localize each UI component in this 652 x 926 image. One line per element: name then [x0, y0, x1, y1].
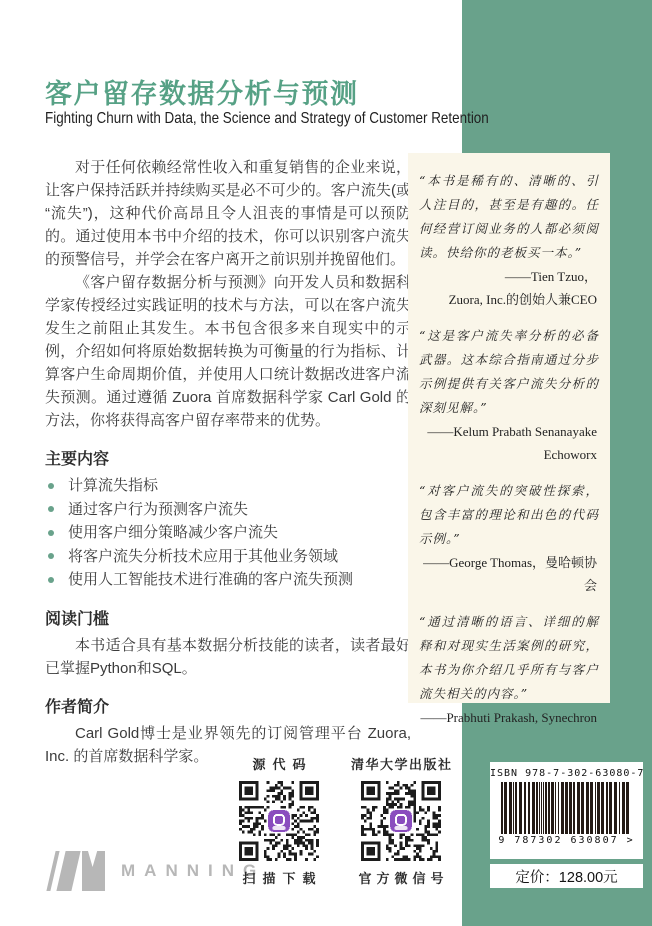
prerequisites-text: 本书适合具有基本数据分析技能的读者，读者最好已掌握Python和SQL。	[45, 634, 411, 680]
qr-wechat-top-label: 清华大学出版社	[349, 754, 455, 773]
qr-source-code-block: 源代码 扫描下载	[227, 754, 331, 887]
testimonial: “通过清晰的语言、详细的解释和对现实生活案例的研究，本书为你介绍几乎所有与客户流…	[419, 610, 599, 729]
qr-wechat-bottom-label: 官方微信号	[349, 868, 458, 887]
testimonial-quote: “通过清晰的语言、详细的解释和对现实生活案例的研究，本书为你介绍几乎所有与客户流…	[419, 610, 599, 706]
price-label: 定价：128.00元	[515, 866, 617, 887]
page-title: 客户留存数据分析与预测	[45, 72, 359, 111]
section-heading-prerequisites: 阅读门槛	[45, 606, 411, 629]
page-subtitle: Fighting Churn with Data, the Science an…	[45, 110, 489, 128]
testimonial-attribution: Zuora, Inc.的创始人兼CEO	[419, 288, 599, 311]
testimonial-attribution: ——Kelum Prabath Senanayake	[419, 420, 599, 443]
isbn-label: ISBN 978-7-302-63080-7	[490, 768, 643, 779]
bullet-item: 将客户流失分析技术应用于其他业务领域	[45, 545, 411, 569]
testimonial-quote: “本书是稀有的、清晰的、引人注目的，甚至是有趣的。任何经营订阅业务的人都必须阅读…	[419, 169, 599, 265]
qr-source-code-bottom-label: 扫描下载	[227, 868, 338, 887]
highlights-list: 计算流失指标 通过客户行为预测客户流失 使用客户细分策略减少客户流失 将客户流失…	[45, 474, 411, 592]
testimonials-panel: “本书是稀有的、清晰的、引人注目的，甚至是有趣的。任何经营订阅业务的人都必须阅读…	[408, 153, 610, 703]
bullet-item-label: 计算流失指标	[68, 474, 158, 498]
testimonial: “这是客户流失率分析的必备武器。这本综合指南通过分步示例提供有关客户流失分析的深…	[419, 324, 599, 466]
qr-wechat-icon	[361, 781, 441, 861]
bullet-item-label: 使用客户细分策略减少客户流失	[68, 521, 278, 545]
bullet-item: 使用人工智能技术进行准确的客户流失预测	[45, 568, 411, 592]
bullet-item-label: 通过客户行为预测客户流失	[68, 498, 248, 522]
bullet-dot-icon	[48, 553, 54, 559]
manning-mark-icon	[48, 851, 106, 891]
bullet-dot-icon	[48, 483, 54, 489]
testimonial-attributions: ——Kelum Prabath SenanayakeEchoworx	[419, 420, 599, 466]
bullet-item-label: 使用人工智能技术进行准确的客户流失预测	[68, 568, 353, 592]
section-heading-author: 作者简介	[45, 694, 411, 717]
barcode-icon	[499, 782, 635, 834]
testimonial-quote: “对客户流失的突破性探索，包含丰富的理论和出色的代码示例。”	[419, 479, 599, 551]
isbn-digits: 9 787302 630807 >	[490, 835, 643, 846]
bullet-item-label: 将客户流失分析技术应用于其他业务领域	[68, 545, 338, 569]
testimonial-attribution: ——Tien Tzuo，	[419, 265, 599, 288]
testimonial-attributions: ——Prabhuti Prakash, Synechron	[419, 706, 599, 729]
main-column: 对于任何依赖经常性收入和重复销售的企业来说，让客户保持活跃并持续购买是必不可少的…	[45, 156, 411, 768]
qr-wechat-block: 清华大学出版社 官方微信号	[349, 754, 453, 887]
testimonial-attribution: ——Prabhuti Prakash, Synechron	[419, 706, 599, 729]
bullet-dot-icon	[48, 530, 54, 536]
intro-paragraph-2: 《客户留存数据分析与预测》向开发人员和数据科学家传授经过实践证明的技术与方法，可…	[45, 271, 411, 432]
testimonial-attributions: ——George Thomas，曼哈顿协会	[419, 551, 599, 597]
testimonial: “本书是稀有的、清晰的、引人注目的，甚至是有趣的。任何经营订阅业务的人都必须阅读…	[419, 169, 599, 311]
testimonial-attribution: Echoworx	[419, 443, 599, 466]
testimonial-attribution: ——George Thomas，曼哈顿协会	[419, 551, 599, 597]
bullet-dot-icon	[48, 506, 54, 512]
bullet-item: 通过客户行为预测客户流失	[45, 498, 411, 522]
isbn-barcode-box: ISBN 978-7-302-63080-7 9 787302 630807 >	[490, 762, 643, 859]
bullet-dot-icon	[48, 577, 54, 583]
testimonial: “对客户流失的突破性探索，包含丰富的理论和出色的代码示例。” ——George …	[419, 479, 599, 597]
qr-source-code-top-label: 源代码	[227, 754, 338, 773]
price-badge: 定价：128.00元	[490, 864, 643, 888]
section-heading-highlights: 主要内容	[45, 446, 411, 469]
intro-paragraph-1: 对于任何依赖经常性收入和重复销售的企业来说，让客户保持活跃并持续购买是必不可少的…	[45, 156, 411, 271]
testimonial-quote: “这是客户流失率分析的必备武器。这本综合指南通过分步示例提供有关客户流失分析的深…	[419, 324, 599, 420]
bullet-item: 计算流失指标	[45, 474, 411, 498]
testimonial-attributions: ——Tien Tzuo，Zuora, Inc.的创始人兼CEO	[419, 265, 599, 311]
bullet-item: 使用客户细分策略减少客户流失	[45, 521, 411, 545]
qr-source-code-icon	[239, 781, 319, 861]
book-back-cover: 客户留存数据分析与预测 Fighting Churn with Data, th…	[0, 0, 652, 926]
